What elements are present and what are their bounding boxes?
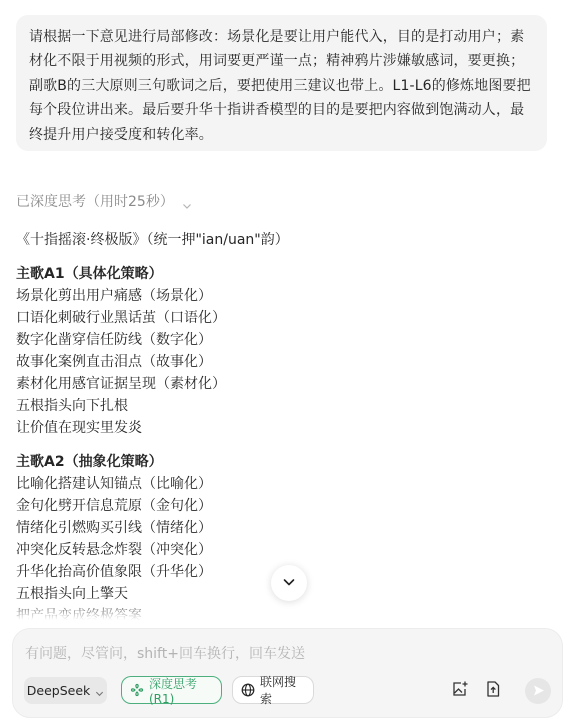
message-composer: DeepSeek 深度思考(R1) 联网搜索 [12,628,563,718]
deep-think-icon [130,683,144,697]
model-selector[interactable]: DeepSeek [24,677,107,704]
lyric-line: 口语化刺破行业黑话茧（口语化） [16,307,536,329]
chevron-down-icon [282,574,296,593]
chevron-down-icon [182,197,192,207]
lyric-line: 让价值在现实里发炎 [16,417,536,439]
lyric-line: 素材化用感官证据呈现（素材化） [16,373,536,395]
send-icon [532,682,545,701]
scroll-to-bottom-button[interactable] [271,565,307,601]
lyric-line: 情绪化引燃购买引线（情绪化） [16,517,536,539]
web-search-label: 联网搜索 [260,673,305,707]
lyric-line: 金句化劈开信息荒原（金句化） [16,495,536,517]
assistant-answer: 《十指摇滚·终极版》（统一押"ian/uan"韵） 主歌A1（具体化策略） 场景… [16,229,536,620]
deep-think-toggle[interactable]: 深度思考(R1) [121,676,222,704]
user-message-text: 请根据一下意见进行局部修改：场景化是要让用户能代入，目的是打动用户；素材化不限于… [29,29,531,143]
song-title: 《十指摇滚·终极版》（统一押"ian/uan"韵） [16,229,536,251]
lyric-line: 故事化案例直击泪点（故事化） [16,351,536,373]
add-image-button[interactable] [451,682,469,700]
send-button[interactable] [525,678,551,704]
chevron-down-icon [95,686,104,695]
section-heading: 主歌A2（抽象化策略） [16,451,536,473]
lyric-line: 五根指头向下扎根 [16,395,536,417]
user-message-bubble: 请根据一下意见进行局部修改：场景化是要让用户能代入，目的是打动用户；素材化不限于… [16,15,547,151]
conversation-scroll-area[interactable]: 请根据一下意见进行局部修改：场景化是要让用户能代入，目的是打动用户；素材化不限于… [0,0,565,620]
upload-file-button[interactable] [484,682,502,700]
thinking-toggle[interactable]: 已深度思考（用时25秒） [16,192,192,212]
lyric-line: 数字化凿穿信任防线（数字化） [16,329,536,351]
lyric-line: 冲突化反转悬念炸裂（冲突化） [16,539,536,561]
web-search-toggle[interactable]: 联网搜索 [232,676,314,704]
lyric-line: 场景化剪出用户痛感（场景化） [16,285,536,307]
message-input[interactable] [25,643,545,665]
add-image-icon [451,680,469,702]
chat-page: 请根据一下意见进行局部修改：场景化是要让用户能代入，目的是打动用户；素材化不限于… [0,0,565,725]
thinking-label: 已深度思考（用时25秒） [16,192,174,212]
section-heading: 主歌A1（具体化策略） [16,263,536,285]
model-label: DeepSeek [27,683,91,698]
deep-think-label: 深度思考(R1) [149,675,213,706]
scroll-fade-overlay [0,600,565,620]
upload-file-icon [484,680,502,702]
answer-section: 主歌A1（具体化策略） 场景化剪出用户痛感（场景化） 口语化刺破行业黑话茧（口语… [16,263,536,439]
lyric-line: 比喻化搭建认知锚点（比喻化） [16,473,536,495]
globe-icon [241,683,255,697]
